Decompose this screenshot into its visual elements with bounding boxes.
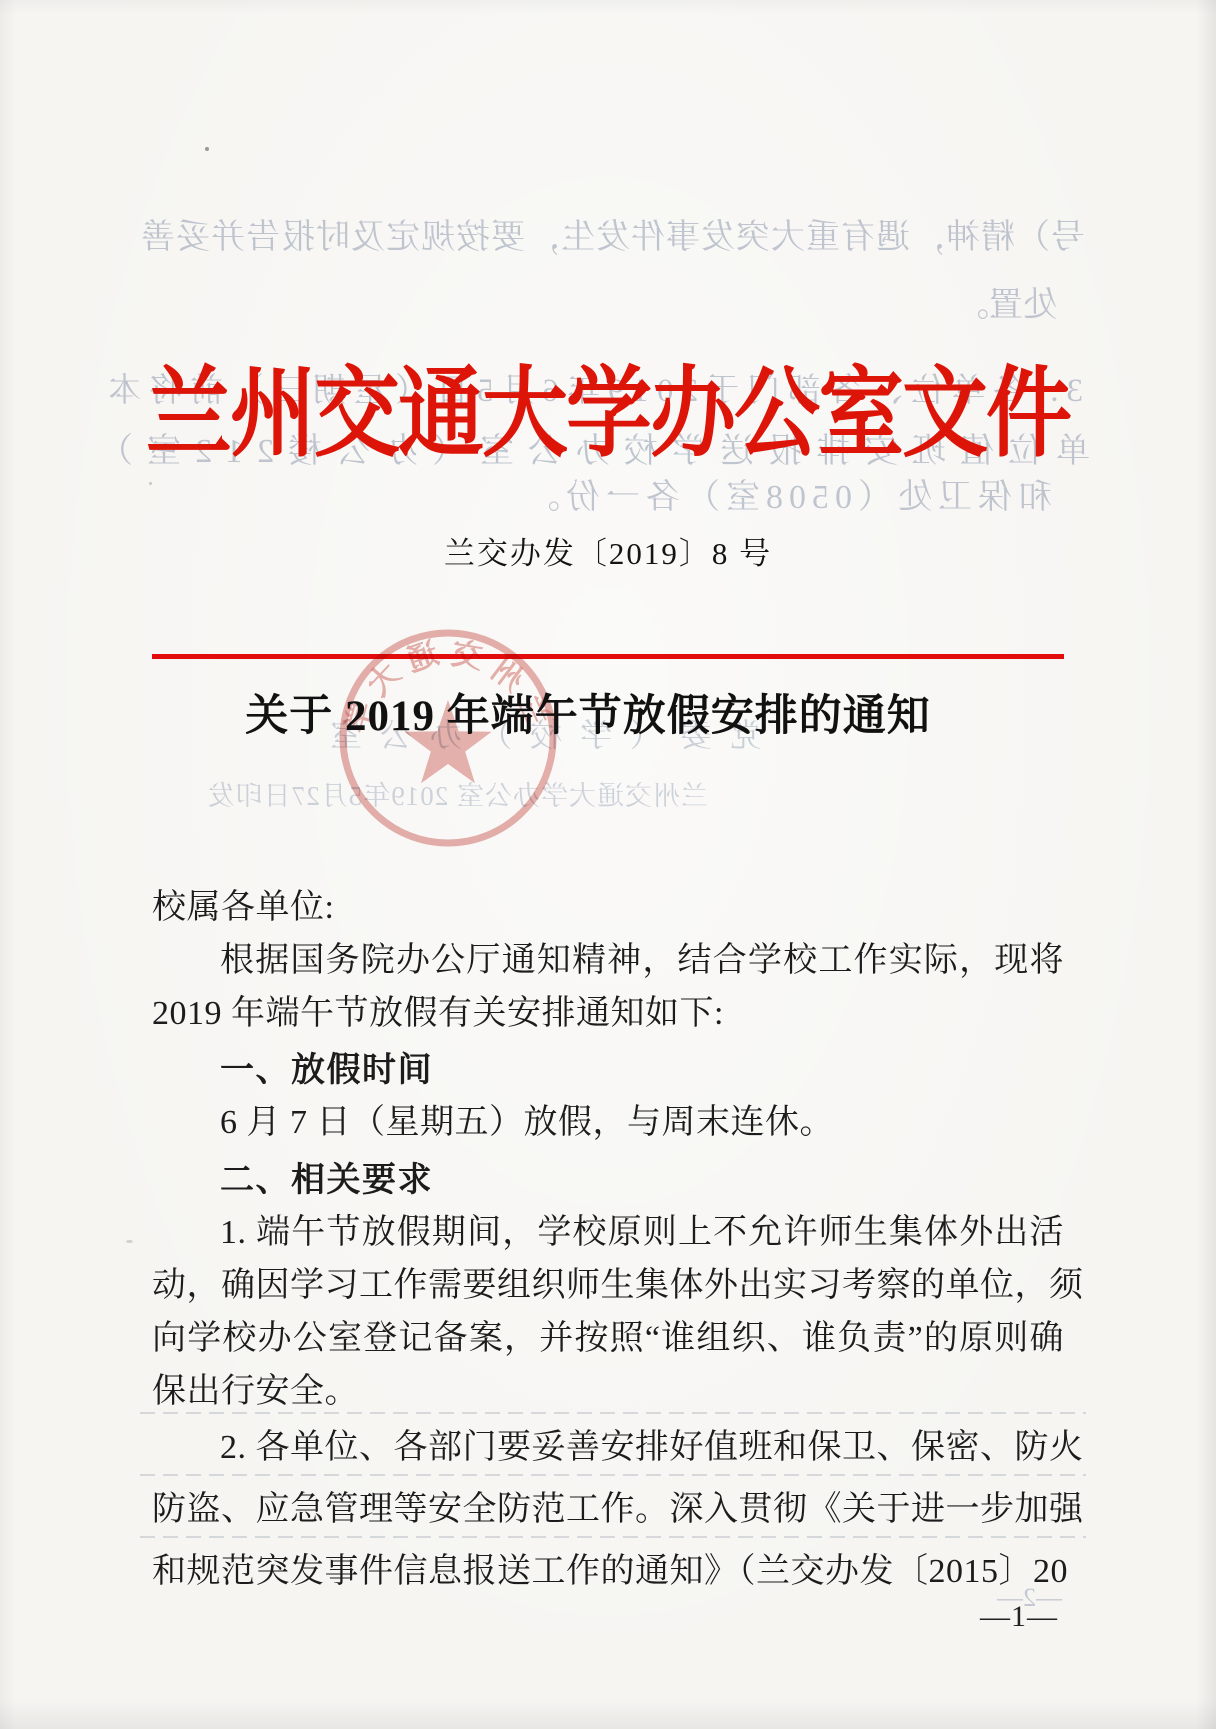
letterhead-org-title: 兰州交通大学办公室文件 [0,334,1216,475]
body-line: 2. 各单位、各部门要妥善安排好值班和保卫、保密、防火 [152,1426,1064,1470]
body-line: 向学校办公室登记备案，并按照“谁组织、谁负责”的原则确 [152,1317,1064,1361]
body-line: 6 月 7 日（星期五）放假，与周末连休。 [152,1101,1064,1145]
body-line: 防盗、应急管理等安全防范工作。深入贯彻《关于进一步加强 [152,1488,1064,1532]
scan-speck [205,147,209,151]
bleedthrough-rule [140,1536,1086,1538]
body-line: 保出行安全。 [152,1370,1064,1414]
scan-speck [149,482,152,485]
salutation: 校属各单位: [152,886,1064,930]
section-heading-2: 二、相关要求 [152,1158,1064,1202]
scan-speck [126,1240,133,1243]
bleedthrough-text-line: 号）精神，遇有重大突发事件发生，要按规定及时报告并妥善 [140,218,1085,259]
body-line: 动，确因学习工作需要组织师生集体外出实习考察的单位，须 [152,1264,1064,1308]
bleedthrough-text-line: 处置。 [945,286,1057,327]
bleedthrough-rule [140,1474,1086,1476]
body-line: 1. 端午节放假期间，学校原则上不允许师生集体外出活 [152,1211,1064,1255]
document-number: 兰交办发〔2019〕8 号 [0,528,1216,573]
letterhead-divider-line [152,654,1064,659]
scanned-document-page: 号）精神，遇有重大突发事件发生，要按规定及时报告并妥善 处置。 3. 各单位、各… [0,0,1216,1729]
body-line: 2019 年端午节放假有关安排通知如下: [152,992,1064,1036]
section-heading-1: 一、放假时间 [152,1048,1064,1092]
page-number: —1— [980,1600,1080,1634]
body-line: 和规范突发事件信息报送工作的通知》（兰交办发〔2015〕20 [152,1550,1064,1594]
bleedthrough-text-line: 和保卫处（0508室）各一份。 [512,478,1052,519]
body-line: 根据国务院办公厅通知精神，结合学校工作实际，现将 [152,939,1064,983]
document-title: 关于 2019 年端午节放假安排的通知 [28,682,1148,743]
